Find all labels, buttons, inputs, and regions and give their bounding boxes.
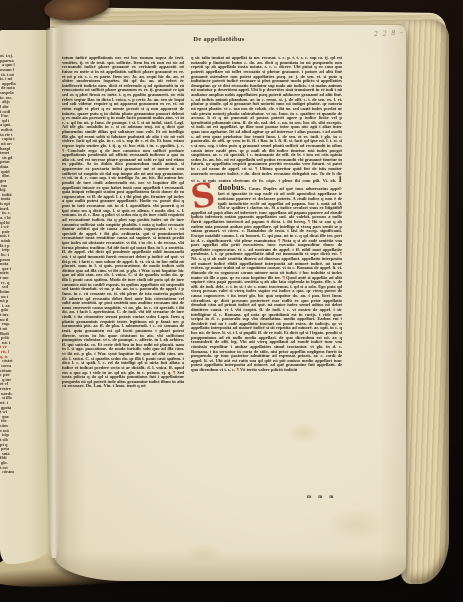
red-pilcrow: ¶ (173, 370, 175, 375)
rubricated-initial-s: S (191, 184, 217, 210)
text-column-right: q sic talia inuitat nō appellat ia nec r… (191, 56, 342, 502)
red-pilcrow: ¶ (62, 148, 64, 153)
casus-summary: Casus. Duplex ad quē tuus aduersarius ap… (249, 186, 342, 191)
text-column-left: totum iudicē appellationis nec est hoc n… (62, 56, 184, 502)
red-pilcrow: ¶ (278, 238, 280, 243)
facing-page-text-fragment: oī. t.xj.pparuaa quo lossum ltā. t nōis.… (0, 54, 38, 524)
fragment-line: cōram (0, 470, 38, 475)
fore-edge-pages (401, 20, 449, 584)
red-pilcrow: ¶ (340, 251, 342, 256)
red-pilcrow: ¶ (255, 166, 257, 171)
red-pilcrow: ¶ (236, 367, 238, 372)
gutter-fold (46, 28, 62, 558)
book-page: De appellatōibus 2 2 8 ~ totum iudicē ap… (54, 25, 406, 581)
red-pilcrow: ¶ (308, 219, 310, 224)
initial-flourish-tail (191, 203, 202, 225)
running-title: De appellatōibus (149, 36, 289, 43)
quire-signature: m m m (307, 495, 336, 500)
red-pilcrow: ¶ (282, 275, 284, 280)
folio-flourish: ~ (400, 31, 404, 37)
book-photo: oī. t.xj.pparuaa quo lossum ltā. t nōis.… (0, 0, 463, 602)
